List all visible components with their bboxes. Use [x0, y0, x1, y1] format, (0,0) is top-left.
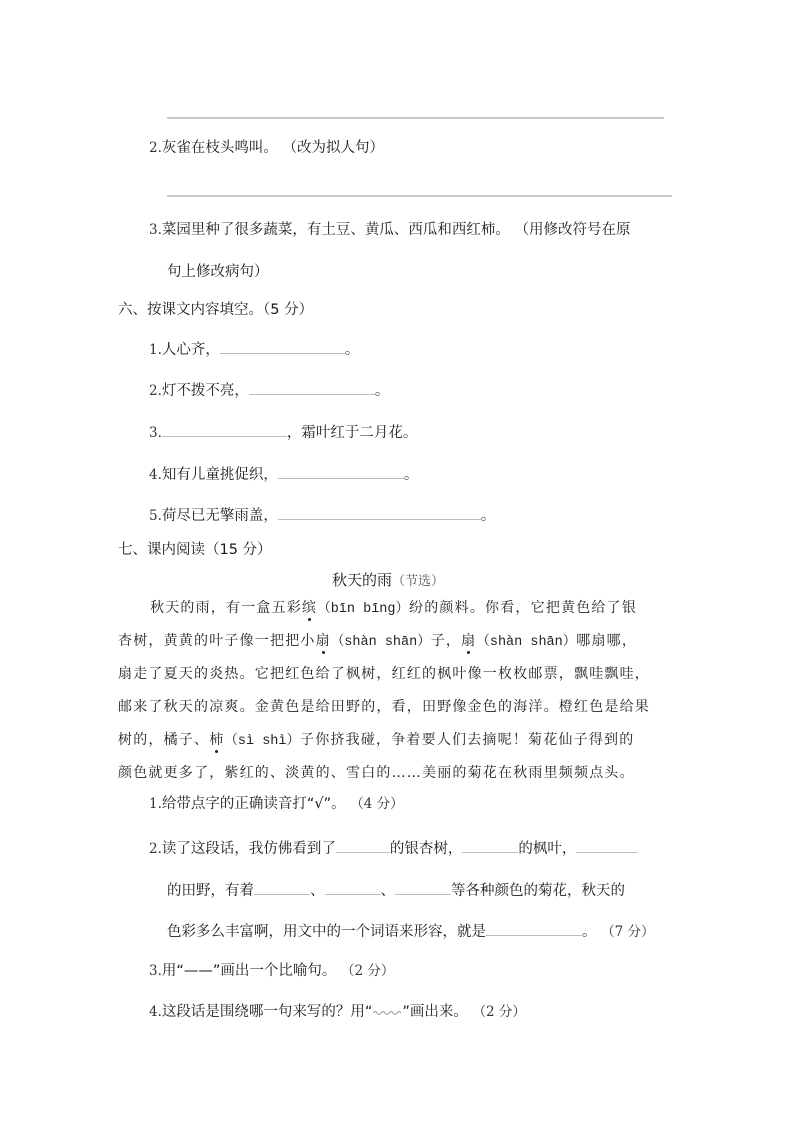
question-text: ”画出来。 — [402, 1004, 468, 1020]
answer-line-2[interactable] — [167, 195, 672, 197]
straight-underline-mark: —— — [184, 963, 213, 979]
question-number: 2. — [149, 841, 162, 857]
reading-question-3: 3.用“——”画出一个比喻句。 （2 分） — [149, 961, 394, 981]
fill-blank[interactable] — [220, 337, 345, 354]
fill-item-1: 1.人心齐，。 — [149, 337, 359, 360]
fill-blank[interactable] — [462, 836, 518, 853]
fill-blank[interactable] — [162, 420, 287, 437]
item-end: 。 — [481, 508, 496, 524]
dotted-char: 柿 — [209, 732, 224, 748]
question-text: 的枫叶， — [518, 841, 576, 857]
question-text: 灰雀在枝头鸣叫。 — [162, 140, 278, 156]
fill-item-2: 2.灯不拨不亮，。 — [149, 378, 389, 401]
reading-question-2-line-3: 色彩多么丰富啊，用文中的一个词语来形容，就是。 （7 分） — [167, 919, 655, 942]
wavy-underline-icon — [372, 1009, 402, 1017]
question-score: （4 分） — [350, 796, 403, 812]
fill-blank[interactable] — [278, 462, 404, 479]
question-text: 色彩多么丰富啊，用文中的一个词语来形容，就是 — [167, 924, 486, 940]
question-text: 给带点字的正确读音打“√”。 — [162, 796, 346, 812]
passage-text: 杏树，黄黄的叶子像一把把小 — [118, 633, 316, 649]
passage-text: 哪扇哪， — [576, 633, 637, 649]
passage-text: 秋天的雨，有一盒五彩 — [150, 600, 302, 616]
question-text: 菜园里种了很多蔬菜，有土豆、黄瓜、西瓜和西红柿。 — [162, 222, 510, 238]
item-end: 。 — [404, 467, 419, 483]
item-number: 4. — [149, 467, 162, 483]
item-end: 。 — [345, 342, 360, 358]
item-prompt: 人心齐， — [162, 342, 220, 358]
separator: 、 — [381, 883, 396, 899]
item-prompt: 灯不拨不亮， — [162, 383, 249, 399]
passage-line-2: 杏树，黄黄的叶子像一把把小扇（shàn shān）子，扇（shàn shān）哪… — [118, 631, 637, 653]
question-instruction: （改为拟人句） — [283, 140, 385, 156]
item-end: 。 — [375, 383, 390, 399]
fill-blank[interactable] — [336, 836, 390, 853]
item-number: 2. — [149, 383, 162, 399]
passage-text: 子， — [431, 633, 461, 649]
question-score: （7 分） — [601, 924, 654, 940]
question-score: （2 分） — [341, 963, 394, 979]
passage-title: 秋天的雨 — [332, 571, 392, 589]
question-number: 4. — [149, 1004, 162, 1020]
passage-line-1: 秋天的雨，有一盒五彩缤（bīn bīng）纷的颜料。你看，它把黄色给了银 — [150, 598, 637, 620]
fill-blank[interactable] — [325, 878, 381, 895]
dotted-char: 扇 — [316, 633, 331, 649]
reading-question-1: 1.给带点字的正确读音打“√”。 （4 分） — [149, 794, 404, 814]
question-text: 等各种颜色的菊花，秋天的 — [451, 883, 625, 899]
question-number: 1. — [149, 796, 162, 812]
fill-blank[interactable] — [249, 378, 375, 395]
item-prompt: 荷尽已无擎雨盖， — [162, 508, 278, 524]
question-text: 。 — [582, 924, 597, 940]
passage-text: 子你挤我碰，争着要人们去摘呢！菊花仙子得到的 — [300, 732, 634, 748]
question-text: 的银杏树， — [390, 841, 463, 857]
passage-title-row: 秋天的雨（节选） — [332, 569, 444, 590]
item-number: 5. — [149, 508, 162, 524]
fill-blank[interactable] — [254, 878, 310, 895]
passage-text: 纷的颜料。你看，它把黄色给了银 — [409, 600, 637, 616]
fill-blank[interactable] — [576, 836, 638, 853]
section6-heading: 六、按课文内容填空。（5 分） — [118, 300, 313, 320]
question-number: 3. — [149, 222, 162, 238]
reading-question-4: 4.这段话是围绕哪一句来写的？用“”画出来。 （2 分） — [149, 1002, 526, 1022]
section5-question-3-continued: 句上修改病句） — [167, 262, 269, 282]
question-text: 读了这段话，我仿佛看到了 — [162, 841, 336, 857]
passage-line-5: 树的，橘子、柿（sì shì）子你挤我碰，争着要人们去摘呢！菊花仙子得到的 — [118, 730, 634, 752]
separator: 、 — [310, 883, 325, 899]
question-instruction: （用修改符号在原 — [515, 222, 631, 238]
item-number: 1. — [149, 342, 162, 358]
dotted-char: 扇 — [461, 633, 476, 649]
item-number: 3. — [149, 425, 162, 441]
passage-line-4: 邮来了秋天的凉爽。金黄色是给田野的，看，田野像金色的海洋。橙红色是给果 — [118, 697, 650, 717]
fill-blank[interactable] — [278, 503, 481, 520]
answer-line-1[interactable] — [167, 117, 664, 119]
question-text: 的田野，有着 — [167, 883, 254, 899]
question-text: 用“ — [162, 963, 184, 979]
fill-item-3: 3.，霜叶红于二月花。 — [149, 420, 417, 443]
pinyin-options[interactable]: （sì shì） — [224, 734, 300, 749]
question-score: （2 分） — [473, 1004, 526, 1020]
pinyin-options[interactable]: （shàn shān） — [476, 635, 576, 650]
section5-question-3: 3.菜园里种了很多蔬菜，有土豆、黄瓜、西瓜和西红柿。 （用修改符号在原 — [149, 220, 631, 240]
item-end: ，霜叶红于二月花。 — [287, 425, 418, 441]
section7-heading: 七、课内阅读（15 分） — [118, 540, 272, 560]
question-text: ”画出一个比喻句。 — [213, 963, 337, 979]
fill-item-5: 5.荷尽已无擎雨盖，。 — [149, 503, 495, 526]
section5-question-2: 2.灰雀在枝头鸣叫。 （改为拟人句） — [149, 138, 384, 158]
dotted-char: 缤 — [302, 600, 317, 616]
passage-line-6: 颜色就更多了，紫红的、淡黄的、雪白的……美丽的菊花在秋雨里频频点头。 — [118, 763, 635, 783]
item-prompt: 知有儿童挑促织， — [162, 467, 278, 483]
pinyin-options[interactable]: （bīn bīng） — [317, 602, 409, 617]
reading-question-2-line-2: 的田野，有着、、等各种颜色的菊花，秋天的 — [167, 878, 625, 901]
question-number: 2. — [149, 140, 162, 156]
question-number: 3. — [149, 963, 162, 979]
fill-blank[interactable] — [486, 919, 582, 936]
question-text: 这段话是围绕哪一句来写的？用“ — [162, 1004, 373, 1020]
passage-line-3: 扇走了夏天的炎热。它把红色给了枫树，红红的枫叶像一枚枚邮票，飘哇飘哇， — [118, 664, 650, 684]
fill-item-4: 4.知有儿童挑促织，。 — [149, 462, 418, 485]
passage-note: （节选） — [392, 574, 444, 589]
fill-blank[interactable] — [395, 878, 451, 895]
pinyin-options[interactable]: （shàn shān） — [331, 635, 431, 650]
reading-question-2-line-1: 2.读了这段话，我仿佛看到了的银杏树，的枫叶， — [149, 836, 638, 859]
passage-text: 树的，橘子、 — [118, 732, 209, 748]
